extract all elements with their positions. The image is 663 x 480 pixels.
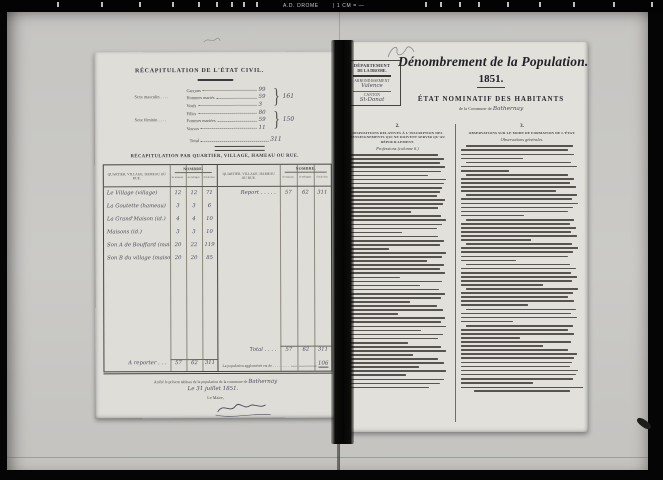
table-row: La Goutette (hameau)336 (104, 199, 217, 212)
text-line (461, 292, 573, 294)
ruler-tick (231, 2, 233, 7)
text-line (349, 264, 444, 266)
commune-line: de la Commune de Bathernay (398, 106, 584, 112)
paragraph (345, 154, 450, 176)
text-line (461, 337, 520, 339)
row-name: Maisons (id.) (104, 229, 170, 235)
text-line (466, 243, 572, 245)
etat-nominatif-subtitle: ÉTAT NOMINATIF DES HABITANTS (398, 95, 584, 103)
paragraph (461, 243, 583, 261)
printer-imprint (461, 387, 583, 392)
paragraph (461, 357, 583, 359)
reporter-menages: 62 (186, 359, 202, 366)
row-individus: 71 (202, 189, 217, 195)
section-number: 2. (345, 124, 450, 129)
text-line (345, 244, 440, 246)
quartier-table-left-half: QUARTIER, VILLAGE, HAMEAU OU RUE. NOMBRE… (104, 165, 218, 371)
double-rule (215, 146, 265, 151)
text-line (345, 179, 446, 181)
row-menages: 3 (186, 203, 202, 209)
row-menages: 4 (186, 216, 202, 222)
text-line (349, 334, 442, 336)
paragraph (461, 309, 583, 323)
dotted-leader (291, 365, 316, 366)
dotted-leader (198, 113, 256, 114)
recap-quartier-title: RÉCAPITULATION PAR QUARTIER, VILLAGE, HA… (95, 154, 335, 160)
arrete-line: Arrêté le présent tableau de la populati… (96, 379, 336, 386)
text-line (345, 383, 440, 385)
text-line (461, 154, 574, 156)
text-line (461, 353, 577, 355)
instruction-columns: 2. DISPOSITIONS RELATIVES À L'INSCRIPTIO… (345, 124, 583, 422)
text-line (461, 313, 571, 315)
table-header: QUARTIER, VILLAGE, HAMEAU OU RUE. NOMBRE… (104, 165, 217, 187)
text-line (345, 321, 441, 323)
paragraph (345, 215, 450, 233)
book-binding (331, 40, 354, 444)
row-individus: 10 (202, 228, 217, 234)
text-line (349, 215, 440, 217)
text-line (461, 227, 576, 229)
text-line (345, 330, 421, 332)
text-line (466, 325, 573, 327)
etat-civil-total-row: Total 311 (190, 136, 282, 143)
quartier-table: QUARTIER, VILLAGE, HAMEAU OU RUE. NOMBRE… (103, 164, 333, 373)
report-menages: 62 (297, 189, 314, 195)
row-maisons: 3 (170, 203, 186, 209)
ruler-tick (613, 2, 615, 7)
paragraph (345, 281, 450, 287)
paragraph (461, 325, 583, 339)
text-line (349, 379, 444, 381)
dense-print-text (461, 145, 583, 383)
arrete-printed-text: Arrêté le présent tableau de la populati… (154, 380, 248, 384)
census-year: 1851. (398, 73, 584, 88)
ruler-tick (651, 2, 653, 7)
paragraph (345, 187, 450, 189)
paragraph (461, 174, 583, 192)
dotted-leader (201, 128, 257, 129)
paragraph (345, 346, 450, 356)
row-label: Garçons (186, 88, 200, 93)
sub-header-menages: de ménages. (187, 175, 201, 178)
text-line (461, 341, 571, 343)
group-label: Sexe masculin . . . . (135, 94, 187, 99)
quartier-table-right-half: QUARTIER, VILLAGE, HAMEAU OU RUE. NOMBRE… (217, 165, 333, 371)
name-column-header: QUARTIER, VILLAGE, HAMEAU OU RUE. (218, 165, 280, 186)
dotted-leader (218, 121, 257, 122)
text-line (345, 191, 440, 193)
etat-civil-row: Femmes mariées59 (187, 116, 271, 124)
text-line (461, 276, 577, 278)
ruler-tick (573, 2, 575, 7)
archive-label: A.D. DROME (283, 3, 319, 9)
section-subheading: Observations générales. (461, 137, 583, 142)
text-line (461, 260, 516, 262)
sub-header-maisons: de maisons. (171, 175, 185, 178)
scan-area: RÉCAPITULATION DE L'ÉTAT CIVIL. Sexe mas… (7, 12, 648, 470)
paragraph (345, 183, 450, 185)
group-label: Sexe féminin . . . . (135, 117, 187, 122)
paragraph (461, 145, 583, 159)
text-line (345, 158, 444, 160)
divider (353, 91, 391, 92)
ruler-tick (507, 2, 509, 7)
row-maisons: 20 (170, 242, 186, 248)
row-value: 99 (258, 87, 270, 93)
text-line (345, 297, 441, 299)
ruler-tick (139, 2, 141, 7)
ruler-tick (459, 2, 461, 7)
text-line (349, 358, 438, 360)
name-column-header: QUARTIER, VILLAGE, HAMEAU OU RUE. (104, 165, 170, 186)
etat-civil-recap: Sexe masculin . . . .Garçons99Hommes mar… (134, 85, 302, 132)
paragraph (461, 378, 583, 384)
text-line (466, 194, 577, 196)
text-line (461, 374, 576, 376)
text-line (345, 281, 442, 283)
text-line (461, 247, 578, 249)
text-line (461, 178, 574, 180)
text-line (345, 374, 406, 376)
text-line (461, 239, 531, 241)
paragraph (345, 179, 450, 181)
etat-civil-row: Garçons99 (186, 85, 270, 93)
text-line (461, 370, 578, 372)
text-line (461, 304, 528, 306)
paragraph (461, 362, 583, 364)
sub-header-maisons: de maisons. (281, 175, 295, 178)
text-line (349, 203, 442, 205)
text-line (461, 357, 574, 359)
text-line (466, 162, 571, 164)
etat-civil-row: Veuves11 (187, 123, 271, 131)
text-line (466, 309, 576, 311)
text-line (461, 211, 568, 213)
ruler-tick (478, 2, 480, 7)
paragraph (345, 370, 450, 376)
text-line (345, 219, 446, 221)
group-rows: Filles80Femmes mariées59Veuves11 (187, 108, 271, 130)
sub-header-individus: d'individus. (203, 175, 216, 178)
mayor-signature (214, 400, 274, 423)
table-row: Son B du village (maisons éparses)202085 (104, 251, 217, 264)
text-line (349, 289, 439, 291)
ruler-tick (172, 2, 174, 7)
text-line (461, 329, 568, 331)
brace: } (273, 84, 280, 109)
table-row: Maisons (id.)3310 (104, 225, 217, 238)
section-heading: DISPOSITIONS RELATIVES À L'INSCRIPTION D… (345, 131, 450, 144)
text-line (461, 378, 573, 380)
row-value: 59 (259, 117, 271, 123)
etat-civil-group: Sexe masculin . . . .Garçons99Hommes mar… (134, 85, 302, 109)
etat-civil-group: Sexe féminin . . . .Filles80Femmes marié… (135, 108, 303, 132)
text-line (461, 317, 577, 319)
text-line (345, 350, 446, 352)
total-menages: 62 (297, 346, 314, 353)
text-line (349, 252, 446, 254)
table-row: Son A de Bouffard (maisons éparses)20221… (104, 238, 217, 251)
report-maisons: 57 (280, 189, 297, 195)
recap-etat-civil-title: RÉCAPITULATION DE L'ÉTAT CIVIL. (94, 68, 304, 75)
text-line (345, 268, 440, 270)
dotted-leader (198, 105, 256, 106)
reporter-label: À reporter . . . (104, 360, 170, 366)
text-line (345, 228, 437, 230)
paragraph (461, 353, 583, 355)
text-line (461, 300, 574, 302)
paragraph (345, 334, 450, 344)
text-line (345, 171, 441, 173)
etat-civil-row: Veufs3 (187, 100, 271, 108)
text-line (345, 272, 445, 274)
text-line (345, 183, 444, 185)
text-line (345, 224, 442, 226)
nombre-header: NOMBRE. (280, 167, 332, 173)
text-line (461, 321, 513, 323)
text-line (461, 256, 568, 258)
text-line (461, 223, 570, 225)
text-line (461, 284, 543, 286)
text-line (461, 362, 572, 364)
row-value: 80 (259, 110, 271, 116)
section-number: 3. (461, 124, 583, 129)
paragraph (461, 374, 583, 376)
text-line (345, 338, 438, 340)
text-line (345, 187, 442, 189)
text-line (345, 195, 437, 197)
date-line: Le 31 juillet 1851. (188, 386, 239, 392)
text-line (461, 182, 570, 184)
text-line (345, 326, 446, 328)
text-line (349, 236, 438, 238)
text-line (461, 198, 572, 200)
sub-header-menages: de ménages. (298, 175, 312, 178)
paragraph (345, 199, 450, 201)
group-total: 150 (283, 116, 294, 123)
text-line (461, 349, 568, 351)
row-menages: 20 (186, 255, 202, 261)
paragraph (345, 195, 450, 197)
paragraph (461, 264, 583, 286)
text-line (461, 366, 570, 368)
text-line (461, 190, 556, 192)
text-line (345, 366, 419, 368)
row-name: La Grand'Maison (id.) (104, 216, 170, 222)
section-heading: OBSERVATIONS SUR LE MODE DE FORMATION DE… (461, 131, 583, 135)
text-line (466, 174, 568, 176)
reporter-individus: 311 (202, 359, 217, 366)
dotted-leader (203, 90, 257, 91)
commune-prefix: de la Commune de (459, 106, 492, 111)
table-row: Le Village (village)121271 (104, 186, 217, 199)
text-line (345, 199, 445, 201)
ruler-tick (256, 2, 258, 7)
row-label: Veuves (187, 126, 199, 131)
ruler-tick (425, 2, 427, 7)
text-line (461, 207, 573, 209)
text-line (461, 296, 568, 298)
text-line (461, 215, 524, 217)
agglomeree-label: La population agglomérée est de . . . . … (222, 364, 289, 368)
text-line (345, 175, 428, 177)
text-line (345, 162, 440, 164)
nombre-header: NOMBRE. (170, 167, 217, 173)
row-menages: 3 (186, 229, 202, 235)
text-line (466, 145, 573, 147)
row-individus: 6 (202, 202, 217, 208)
text-line (461, 158, 523, 160)
row-name: Le Village (village) (104, 190, 170, 196)
surface-edge (7, 457, 648, 458)
paragraph (461, 370, 583, 372)
paragraph (461, 349, 583, 351)
text-line (461, 231, 571, 233)
text-line (345, 309, 443, 311)
row-label: Hommes mariés (187, 95, 215, 100)
ruler-tick (198, 2, 200, 7)
sub-header-individus: d'individus. (315, 175, 329, 178)
film-ruler: A.D. DROME | 1 CM = — (0, 0, 663, 12)
microfilm-frame: A.D. DROME | 1 CM = — RÉCAPITULATION DE … (0, 0, 663, 480)
dotted-leader (201, 140, 268, 141)
row-label: Veufs (187, 103, 197, 108)
paragraph (345, 305, 450, 315)
total-maisons: 57 (280, 346, 297, 353)
text-line (345, 256, 442, 258)
text-line (349, 346, 440, 348)
divider (353, 75, 391, 77)
row-individus: 10 (202, 215, 217, 221)
paragraph (345, 317, 450, 331)
paragraph (461, 162, 583, 172)
paragraph (345, 252, 450, 262)
total-value: 311 (270, 136, 281, 143)
text-line (461, 333, 574, 335)
row-maisons: 12 (170, 190, 186, 196)
commune-handwritten: Bathernay (248, 379, 277, 385)
etat-civil-row: Filles80 (187, 108, 271, 116)
text-line (345, 240, 444, 242)
text-line (461, 382, 533, 384)
paragraph (345, 203, 450, 213)
text-line (461, 272, 571, 274)
agglomeree-value: 106 (318, 361, 329, 368)
table-header: QUARTIER, VILLAGE, HAMEAU OU RUE. NOMBRE… (218, 165, 332, 187)
population-agglomeree-row: La population agglomérée est de . . . . … (222, 361, 328, 368)
row-menages: 12 (186, 190, 202, 196)
row-individus: 85 (202, 254, 217, 260)
row-value: 3 (259, 101, 271, 107)
row-maisons: 20 (170, 255, 186, 261)
stray-pen-mark (203, 32, 221, 50)
etat-civil-row: Hommes mariés59 (187, 93, 271, 101)
total-label: Total (190, 138, 199, 143)
text-line (349, 317, 445, 319)
row-maisons: 4 (170, 216, 186, 222)
paragraph (345, 379, 450, 389)
row-value: 59 (259, 94, 271, 100)
dotted-leader (217, 98, 257, 99)
text-line (345, 285, 420, 287)
text-line (345, 260, 427, 262)
instructions-column-2: 2. DISPOSITIONS RELATIVES À L'INSCRIPTIO… (345, 124, 455, 422)
group-total: 161 (283, 93, 294, 100)
row-name: Son B du village (maisons éparses) (104, 255, 170, 261)
dense-print-text (345, 154, 450, 388)
instructions-column-3: 3. OBSERVATIONS SUR LE MODE DE FORMATION… (456, 124, 583, 422)
paragraph (461, 366, 583, 368)
paragraph (345, 358, 450, 368)
section-subheading: Professions (colonne 6.) (345, 146, 450, 151)
left-page: RÉCAPITULATION DE L'ÉTAT CIVIL. Sexe mas… (94, 52, 335, 419)
ruler-scale-label: | 1 CM = — (333, 3, 364, 9)
text-line (345, 362, 444, 364)
total-individus: 311 (314, 346, 331, 353)
text-line (345, 207, 438, 209)
paragraph (461, 219, 583, 241)
row-name: Son A de Bouffard (maisons éparses) (104, 242, 170, 248)
table-rows: Le Village (village)121271La Goutette (h… (104, 186, 217, 264)
text-line (461, 186, 576, 188)
row-individus: 119 (202, 241, 217, 247)
row-menages: 22 (186, 242, 202, 248)
brace: } (273, 107, 280, 132)
text-line (345, 387, 429, 389)
text-line (345, 293, 445, 295)
text-line (461, 149, 568, 151)
total-label: Total . . . . (218, 346, 280, 352)
ruler-tick (57, 2, 59, 7)
paragraph (345, 264, 450, 278)
ruler-tick (216, 2, 218, 7)
row-label: Filles (187, 111, 197, 116)
text-line (461, 203, 578, 205)
paragraph (461, 194, 583, 216)
text-line (349, 154, 438, 156)
table-row-report: Report . . . . . 57 62 311 (218, 186, 332, 199)
commune-name-handwritten: Bathernay (493, 106, 523, 112)
text-line (461, 268, 576, 270)
reporter-maisons: 57 (170, 359, 186, 366)
text-line (345, 301, 410, 303)
paragraph (345, 289, 450, 303)
ruler-tick (440, 2, 442, 7)
row-maisons: 3 (170, 229, 186, 235)
text-line (345, 342, 408, 344)
table-row-reporter: À reporter . . . 57 62 311 (104, 357, 217, 368)
ruler-tick (243, 2, 245, 7)
text-line (345, 166, 445, 168)
text-line (461, 280, 572, 282)
group-rows: Garçons99Hommes mariés59Veufs3 (186, 85, 270, 107)
ruler-tick (101, 2, 103, 7)
table-row: La Grand'Maison (id.)4410 (104, 212, 217, 225)
paragraph (461, 288, 583, 306)
report-individus: 311 (314, 189, 331, 195)
text-line (461, 166, 577, 168)
right-page: DÉPARTEMENT DE LA DROME. ARRONDISSEMENT … (340, 42, 588, 432)
text-line (345, 370, 446, 372)
row-label: Femmes mariées (187, 118, 216, 123)
report-label: Report . . . . . (218, 189, 280, 195)
text-line (461, 251, 573, 253)
text-line (461, 235, 577, 237)
text-line (345, 354, 413, 356)
text-line (466, 264, 570, 266)
text-line (466, 219, 575, 221)
